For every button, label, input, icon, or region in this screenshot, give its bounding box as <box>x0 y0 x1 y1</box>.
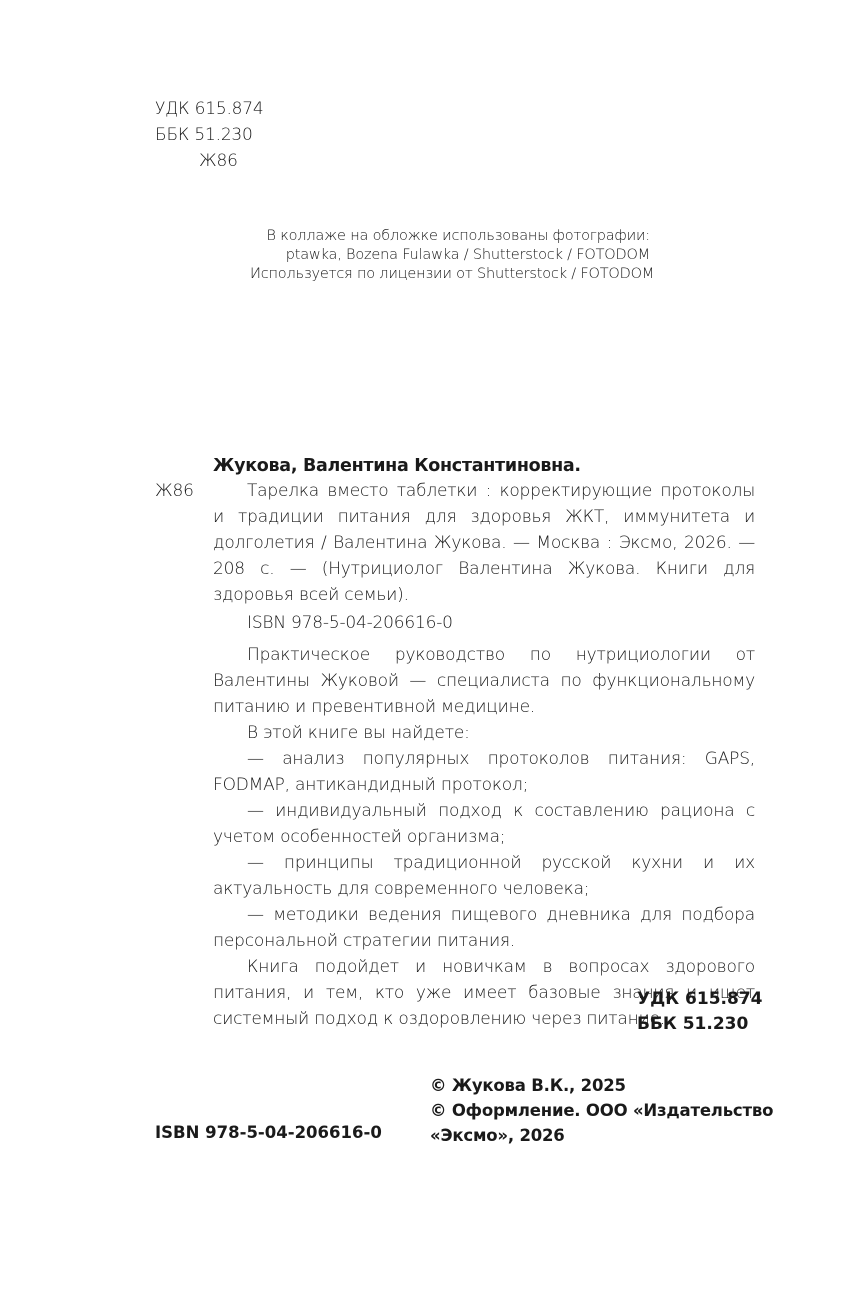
annotation-item: — принципы традиционной русской кухни и … <box>213 850 755 902</box>
bbk-code: ББК 51.230 <box>155 122 264 148</box>
cover-credit-line: В коллаже на обложке использованы фотогр… <box>250 227 650 246</box>
annotation-item: — анализ популярных протоколов питания: … <box>213 746 755 798</box>
author-mark: Ж86 <box>155 148 264 174</box>
udk-code: УДК 615.874 <box>155 96 264 122</box>
isbn-footer: ISBN 978-5-04-206616-0 <box>155 1120 382 1145</box>
annotation-intro: Практическое руководство по нутрициологи… <box>213 642 755 720</box>
footer-classification-codes: УДК 615.874 ББК 51.230 <box>637 987 763 1037</box>
bibliographic-description: Тарелка вместо таблетки : корректирующие… <box>213 478 755 608</box>
copyright-design: © Оформление. ООО «Издательство <box>430 1098 773 1123</box>
annotation-list-heading: В этой книге вы найдете: <box>213 720 755 746</box>
udk-code-bold: УДК 615.874 <box>637 987 763 1012</box>
isbn-record: ISBN 978-5-04-206616-0 <box>247 610 453 636</box>
copyright-design-cont: «Эксмо», 2026 <box>430 1123 773 1148</box>
cover-credit-line: ptawka, Bozena Fulawka / Shutterstock / … <box>250 246 650 265</box>
description-text: Тарелка вместо таблетки : корректирующие… <box>213 478 755 608</box>
author-heading: Жукова, Валентина Константиновна. <box>213 454 581 478</box>
annotation-item: — методики ведения пищевого дневника для… <box>213 902 755 954</box>
author-mark-margin: Ж86 <box>155 478 194 504</box>
bbk-code-bold: ББК 51.230 <box>637 1012 763 1037</box>
header-classification-codes: УДК 615.874 ББК 51.230 Ж86 <box>155 96 264 174</box>
cover-credit-line: Используется по лицензии от Shutterstock… <box>250 265 650 284</box>
copyright-author: © Жукова В.К., 2025 <box>430 1073 773 1098</box>
annotation: Практическое руководство по нутрициологи… <box>213 642 755 1032</box>
annotation-item: — индивидуальный подход к составлению ра… <box>213 798 755 850</box>
cover-credits: В коллаже на обложке использованы фотогр… <box>250 227 650 284</box>
copyright-block: © Жукова В.К., 2025 © Оформление. ООО «И… <box>430 1073 773 1148</box>
